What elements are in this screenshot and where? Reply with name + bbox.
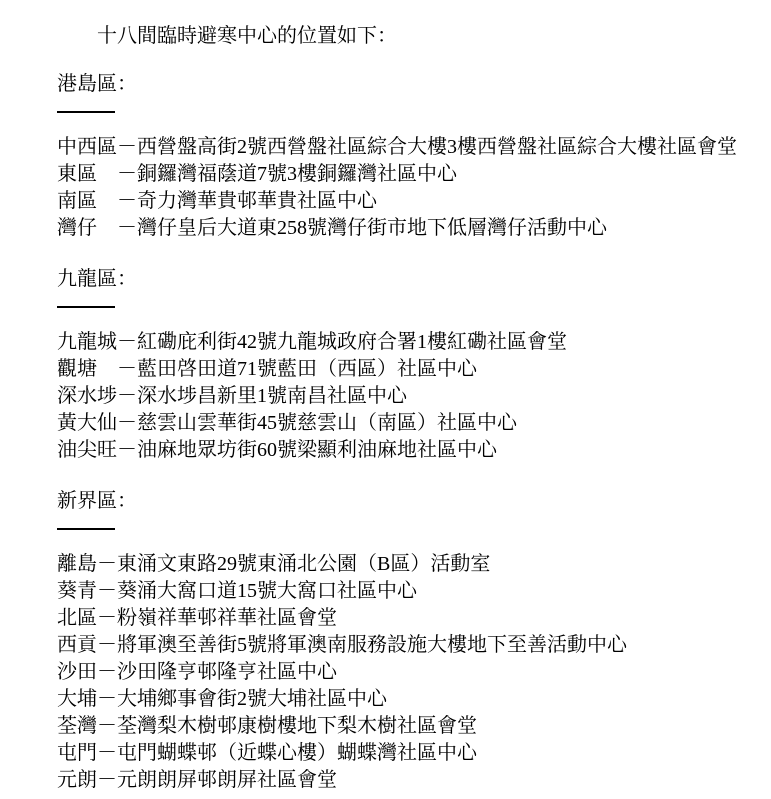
shelter-address: 元朗朗屏邨朗屏社區會堂 — [117, 769, 337, 791]
shelter-address: 慈雲山雲華街45號慈雲山（南區）社區中心 — [137, 412, 517, 434]
dash-separator: － — [97, 553, 117, 575]
district-name: 沙田 — [57, 661, 97, 683]
shelter-address: 油麻地眾坊街60號梁顯利油麻地社區中心 — [137, 439, 497, 461]
shelter-address: 屯門蝴蝶邨（近蝶心樓）蝴蝶灣社區中心 — [117, 742, 477, 764]
district-name: 深水埗 — [57, 385, 117, 407]
district-name: 西貢 — [57, 634, 97, 656]
dash-separator: － — [117, 439, 137, 461]
dash-separator: － — [97, 661, 117, 683]
district-name: 元朗 — [57, 769, 97, 791]
dash-separator: － — [117, 385, 137, 407]
sections: 港島區： 中西區－西營盤高街2號西營盤社區綜合大樓3樓西營盤社區綜合大樓社區會堂… — [57, 71, 767, 794]
heading-underline — [57, 111, 115, 113]
heading-underline — [57, 528, 115, 530]
shelter-item: 灣仔 －灣仔皇后大道東258號灣仔街市地下低層灣仔活動中心 — [57, 215, 767, 242]
shelter-address: 葵涌大窩口道15號大窩口社區中心 — [117, 580, 417, 602]
shelter-address: 大埔鄉事會街2號大埔社區中心 — [117, 688, 387, 710]
shelter-item: 東區 －銅鑼灣福蔭道7號3樓銅鑼灣社區中心 — [57, 161, 767, 188]
district-name: 北區 — [57, 607, 97, 629]
section-items: 中西區－西營盤高街2號西營盤社區綜合大樓3樓西營盤社區綜合大樓社區會堂 東區 －… — [57, 134, 767, 242]
dash-separator: － — [117, 190, 137, 212]
section-items: 離島－東涌文東路29號東涌北公園（B區）活動室 葵青－葵涌大窩口道15號大窩口社… — [57, 551, 767, 794]
shelter-item: 九龍城－紅磡庇利街42號九龍城政府合署1樓紅磡社區會堂 — [57, 329, 767, 356]
shelter-item: 觀塘 －藍田啓田道71號藍田（西區）社區中心 — [57, 356, 767, 383]
shelter-item: 深水埗－深水埗昌新里1號南昌社區中心 — [57, 383, 767, 410]
section-heading: 新界區： — [57, 488, 767, 515]
dash-separator: － — [117, 358, 137, 380]
district-name: 屯門 — [57, 742, 97, 764]
dash-separator: － — [97, 742, 117, 764]
shelter-address: 紅磡庇利街42號九龍城政府合署1樓紅磡社區會堂 — [137, 331, 567, 353]
document-body: 十八間臨時避寒中心的位置如下： 港島區： 中西區－西營盤高街2號西營盤社區綜合大… — [0, 0, 771, 799]
shelter-address: 西營盤高街2號西營盤社區綜合大樓3樓西營盤社區綜合大樓社區會堂 — [137, 136, 737, 158]
shelter-section: 港島區： 中西區－西營盤高街2號西營盤社區綜合大樓3樓西營盤社區綜合大樓社區會堂… — [57, 71, 767, 242]
heading-underline — [57, 306, 115, 308]
dash-separator: － — [97, 607, 117, 629]
district-name: 荃灣 — [57, 715, 97, 737]
shelter-address: 荃灣梨木樹邨康樹樓地下梨木樹社區會堂 — [117, 715, 477, 737]
shelter-item: 離島－東涌文東路29號東涌北公園（B區）活動室 — [57, 551, 767, 578]
shelter-item: 油尖旺－油麻地眾坊街60號梁顯利油麻地社區中心 — [57, 437, 767, 464]
shelter-item: 黃大仙－慈雲山雲華街45號慈雲山（南區）社區中心 — [57, 410, 767, 437]
shelter-item: 葵青－葵涌大窩口道15號大窩口社區中心 — [57, 578, 767, 605]
district-name: 九龍城 — [57, 331, 117, 353]
shelter-item: 北區－粉嶺祥華邨祥華社區會堂 — [57, 605, 767, 632]
shelter-address: 東涌文東路29號東涌北公園（B區）活動室 — [117, 553, 490, 575]
dash-separator: － — [97, 769, 117, 791]
shelter-address: 深水埗昌新里1號南昌社區中心 — [137, 385, 407, 407]
dash-separator: － — [117, 136, 137, 158]
shelter-address: 粉嶺祥華邨祥華社區會堂 — [117, 607, 337, 629]
district-name: 東區 — [57, 163, 117, 185]
dash-separator: － — [97, 580, 117, 602]
shelter-item: 大埔－大埔鄉事會街2號大埔社區中心 — [57, 686, 767, 713]
district-name: 中西區 — [57, 136, 117, 158]
dash-separator: － — [117, 331, 137, 353]
shelter-item: 元朗－元朗朗屏邨朗屏社區會堂 — [57, 767, 767, 794]
shelter-section: 新界區： 離島－東涌文東路29號東涌北公園（B區）活動室 葵青－葵涌大窩口道15… — [57, 488, 767, 794]
dash-separator: － — [97, 715, 117, 737]
shelter-address: 藍田啓田道71號藍田（西區）社區中心 — [137, 358, 477, 380]
shelter-item: 南區 －奇力灣華貴邨華貴社區中心 — [57, 188, 767, 215]
section-heading: 九龍區： — [57, 266, 767, 293]
district-name: 離島 — [57, 553, 97, 575]
district-name: 油尖旺 — [57, 439, 117, 461]
shelter-address: 銅鑼灣福蔭道7號3樓銅鑼灣社區中心 — [137, 163, 457, 185]
section-items: 九龍城－紅磡庇利街42號九龍城政府合署1樓紅磡社區會堂 觀塘 －藍田啓田道71號… — [57, 329, 767, 464]
shelter-item: 中西區－西營盤高街2號西營盤社區綜合大樓3樓西營盤社區綜合大樓社區會堂 — [57, 134, 767, 161]
district-name: 黃大仙 — [57, 412, 117, 434]
dash-separator: － — [97, 634, 117, 656]
district-name: 南區 — [57, 190, 117, 212]
shelter-item: 西貢－將軍澳至善街5號將軍澳南服務設施大樓地下至善活動中心 — [57, 632, 767, 659]
district-name: 觀塘 — [57, 358, 117, 380]
dash-separator: － — [117, 217, 137, 239]
district-name: 大埔 — [57, 688, 97, 710]
section-heading: 港島區： — [57, 71, 767, 98]
dash-separator: － — [117, 163, 137, 185]
shelter-item: 屯門－屯門蝴蝶邨（近蝶心樓）蝴蝶灣社區中心 — [57, 740, 767, 767]
shelter-item: 沙田－沙田隆亨邨隆亨社區中心 — [57, 659, 767, 686]
shelter-address: 將軍澳至善街5號將軍澳南服務設施大樓地下至善活動中心 — [117, 634, 627, 656]
shelter-address: 灣仔皇后大道東258號灣仔街市地下低層灣仔活動中心 — [137, 217, 607, 239]
shelter-address: 沙田隆亨邨隆亨社區中心 — [117, 661, 337, 683]
dash-separator: － — [117, 412, 137, 434]
shelter-section: 九龍區： 九龍城－紅磡庇利街42號九龍城政府合署1樓紅磡社區會堂 觀塘 －藍田啓… — [57, 266, 767, 464]
shelter-item: 荃灣－荃灣梨木樹邨康樹樓地下梨木樹社區會堂 — [57, 713, 767, 740]
document-title: 十八間臨時避寒中心的位置如下： — [57, 23, 767, 50]
district-name: 灣仔 — [57, 217, 117, 239]
dash-separator: － — [97, 688, 117, 710]
district-name: 葵青 — [57, 580, 97, 602]
shelter-address: 奇力灣華貴邨華貴社區中心 — [137, 190, 377, 212]
